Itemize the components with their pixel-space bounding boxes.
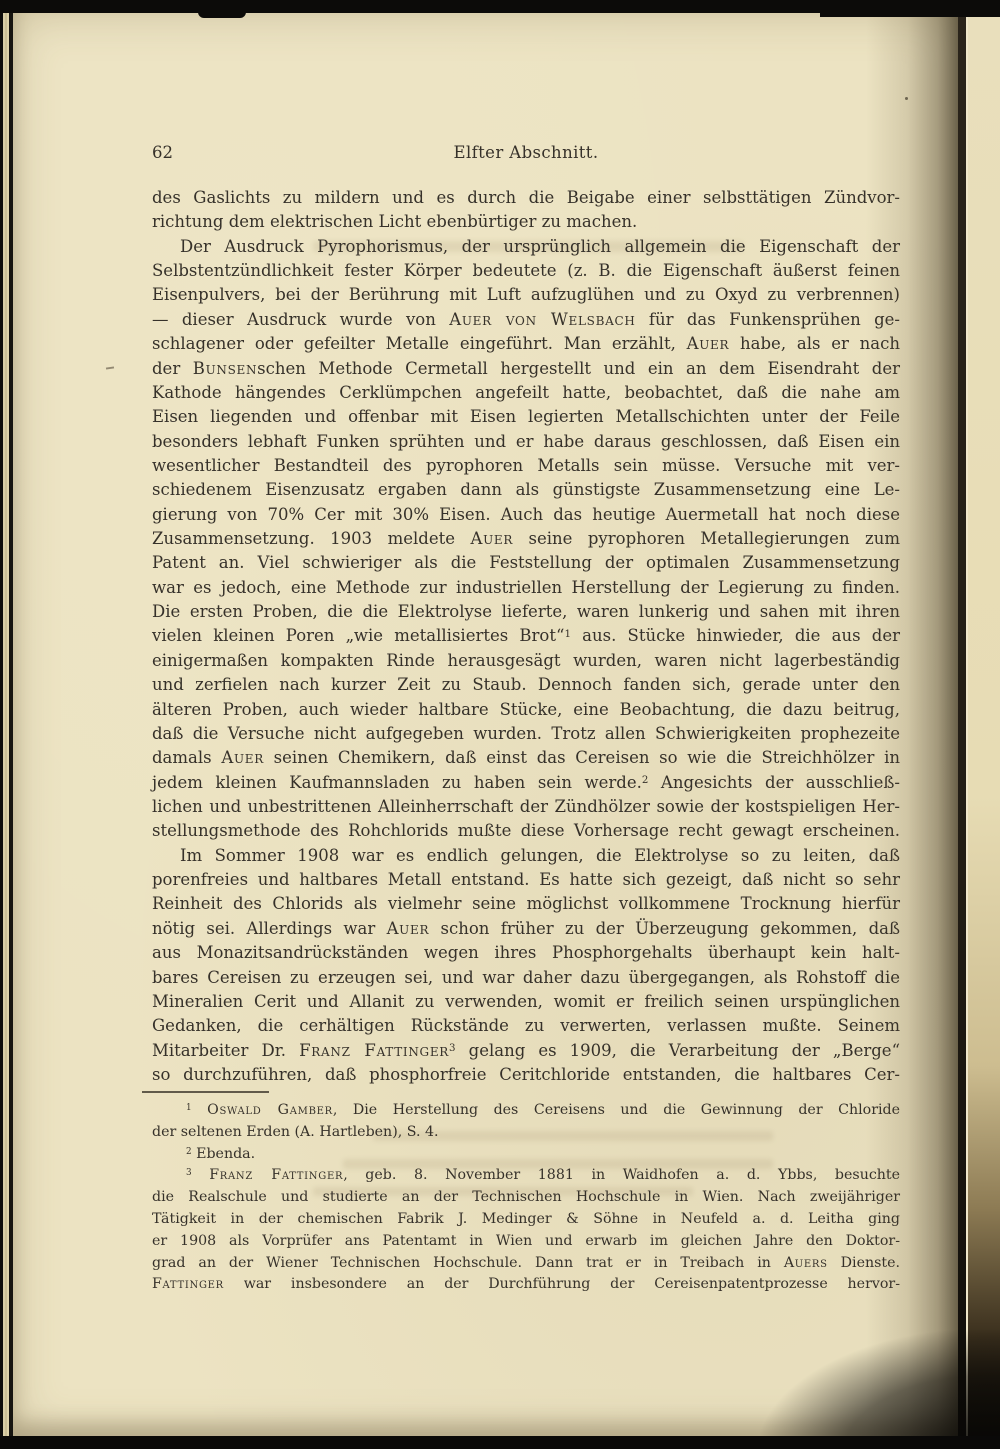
text-line: 3 Franz Fattinger, geb. 8. November 1881… xyxy=(152,1165,900,1187)
text-line: schiedenem Eisenzusatz ergaben dann als … xyxy=(152,478,900,502)
text-line: stellungsmethode des Rohchlorids mußte d… xyxy=(152,819,900,843)
text-line: damals Auer seinen Chemikern, daß einst … xyxy=(152,746,900,770)
text-line: der seltenen Erden (A. Hartleben), S. 4. xyxy=(152,1122,900,1144)
book-page: 62 Elfter Abschnitt. des Gaslichts zu mi… xyxy=(13,13,958,1437)
text-line: Patent an. Viel schwieriger als die Fest… xyxy=(152,551,900,575)
text-line: des Gaslichts zu mildern und es durch di… xyxy=(152,186,900,210)
text-line: Reinheit des Chlorids als vielmehr seine… xyxy=(152,892,900,916)
margin-mark xyxy=(106,366,114,369)
text-line: Mineralien Cerit und Allanit zu verwende… xyxy=(152,990,900,1014)
text-line: 2 Ebenda. xyxy=(152,1144,900,1166)
text-line: und zerfielen nach kurzer Zeit zu Staub.… xyxy=(152,673,900,697)
running-title: Elfter Abschnitt. xyxy=(152,143,900,162)
text-line: Eisen liegenden und offenbar mit Eisen l… xyxy=(152,405,900,429)
text-line: Fattinger war insbesondere an der Durchf… xyxy=(152,1274,900,1296)
text-line: Mitarbeiter Dr. Franz Fattinger3 gelang … xyxy=(152,1039,900,1063)
gutter-gap xyxy=(958,13,966,1436)
text-line: grad an der Wiener Technischen Hochschul… xyxy=(152,1253,900,1275)
text-line: Tätigkeit in der chemischen Fabrik J. Me… xyxy=(152,1209,900,1231)
text-line: Zusammensetzung. 1903 meldete Auer seine… xyxy=(152,527,900,551)
text-line: Eisenpulvers, bei der Berührung mit Luft… xyxy=(152,283,900,307)
text-line: aus Monazitsandrückständen wegen ihres P… xyxy=(152,941,900,965)
text-line: bares Cereisen zu erzeugen sei, und war … xyxy=(152,966,900,990)
text-line: vielen kleinen Poren „wie metallisiertes… xyxy=(152,624,900,648)
adjacent-page-edge xyxy=(966,13,1000,1436)
scan-top-edge-right xyxy=(820,12,1000,17)
scan-bottom-edge xyxy=(0,1436,1000,1449)
text-line: lichen und unbestrittenen Alleinherrscha… xyxy=(152,795,900,819)
footnotes: 1 Oswald Gamber, Die Herstellung des Cer… xyxy=(152,1100,900,1296)
text-line: gierung von 70% Cer mit 30% Eisen. Auch … xyxy=(152,503,900,527)
text-line: Gedanken, die cerhältigen Rückstände zu … xyxy=(152,1014,900,1038)
page-header: 62 Elfter Abschnitt. xyxy=(152,143,900,165)
ink-speck xyxy=(905,97,908,100)
text-line: jedem kleinen Kaufmannsladen zu haben se… xyxy=(152,771,900,795)
text-line: Die ersten Proben, die die Elektrolyse l… xyxy=(152,600,900,624)
text-line: Kathode hängendes Cerklümpchen angefeilt… xyxy=(152,381,900,405)
book-scan: 62 Elfter Abschnitt. des Gaslichts zu mi… xyxy=(0,0,1000,1449)
text-line: einigermaßen kompakten Rinde herausgesäg… xyxy=(152,649,900,673)
text-line: wesentlicher Bestandteil des pyrophoren … xyxy=(152,454,900,478)
text-line: richtung dem elektrischen Licht ebenbürt… xyxy=(152,210,900,234)
text-line: er 1908 als Vorprüfer ans Patentamt in W… xyxy=(152,1231,900,1253)
text-line: daß die Versuche nicht aufgegeben wurden… xyxy=(152,722,900,746)
text-line: Der Ausdruck Pyrophorismus, der ursprüng… xyxy=(152,235,900,259)
text-line: älteren Proben, auch wieder haltbare Stü… xyxy=(152,698,900,722)
text-line: — dieser Ausdruck wurde von Auer von Wel… xyxy=(152,308,900,332)
text-line: Im Sommer 1908 war es endlich gelungen, … xyxy=(152,844,900,868)
stacked-page-edges xyxy=(0,13,13,1436)
text-line: porenfreies und haltbares Metall entstan… xyxy=(152,868,900,892)
body-text: des Gaslichts zu mildern und es durch di… xyxy=(152,186,900,1087)
text-line: besonders lebhaft Funken sprühten und er… xyxy=(152,430,900,454)
text-line: war es jedoch, eine Methode zur industri… xyxy=(152,576,900,600)
text-line: 1 Oswald Gamber, Die Herstellung des Cer… xyxy=(152,1100,900,1122)
scan-top-edge-bump xyxy=(198,12,246,18)
text-line: der Bunsenschen Methode Cermetall herges… xyxy=(152,357,900,381)
footnote-separator xyxy=(142,1091,269,1093)
text-line: nötig sei. Allerdings war Auer schon frü… xyxy=(152,917,900,941)
text-line: schlagener oder gefeilter Metalle eingef… xyxy=(152,332,900,356)
text-line: Selbstentzündlichkeit fester Körper bede… xyxy=(152,259,900,283)
text-line: so durchzuführen, daß phosphorfreie Ceri… xyxy=(152,1063,900,1087)
text-line: die Realschule und studierte an der Tech… xyxy=(152,1187,900,1209)
